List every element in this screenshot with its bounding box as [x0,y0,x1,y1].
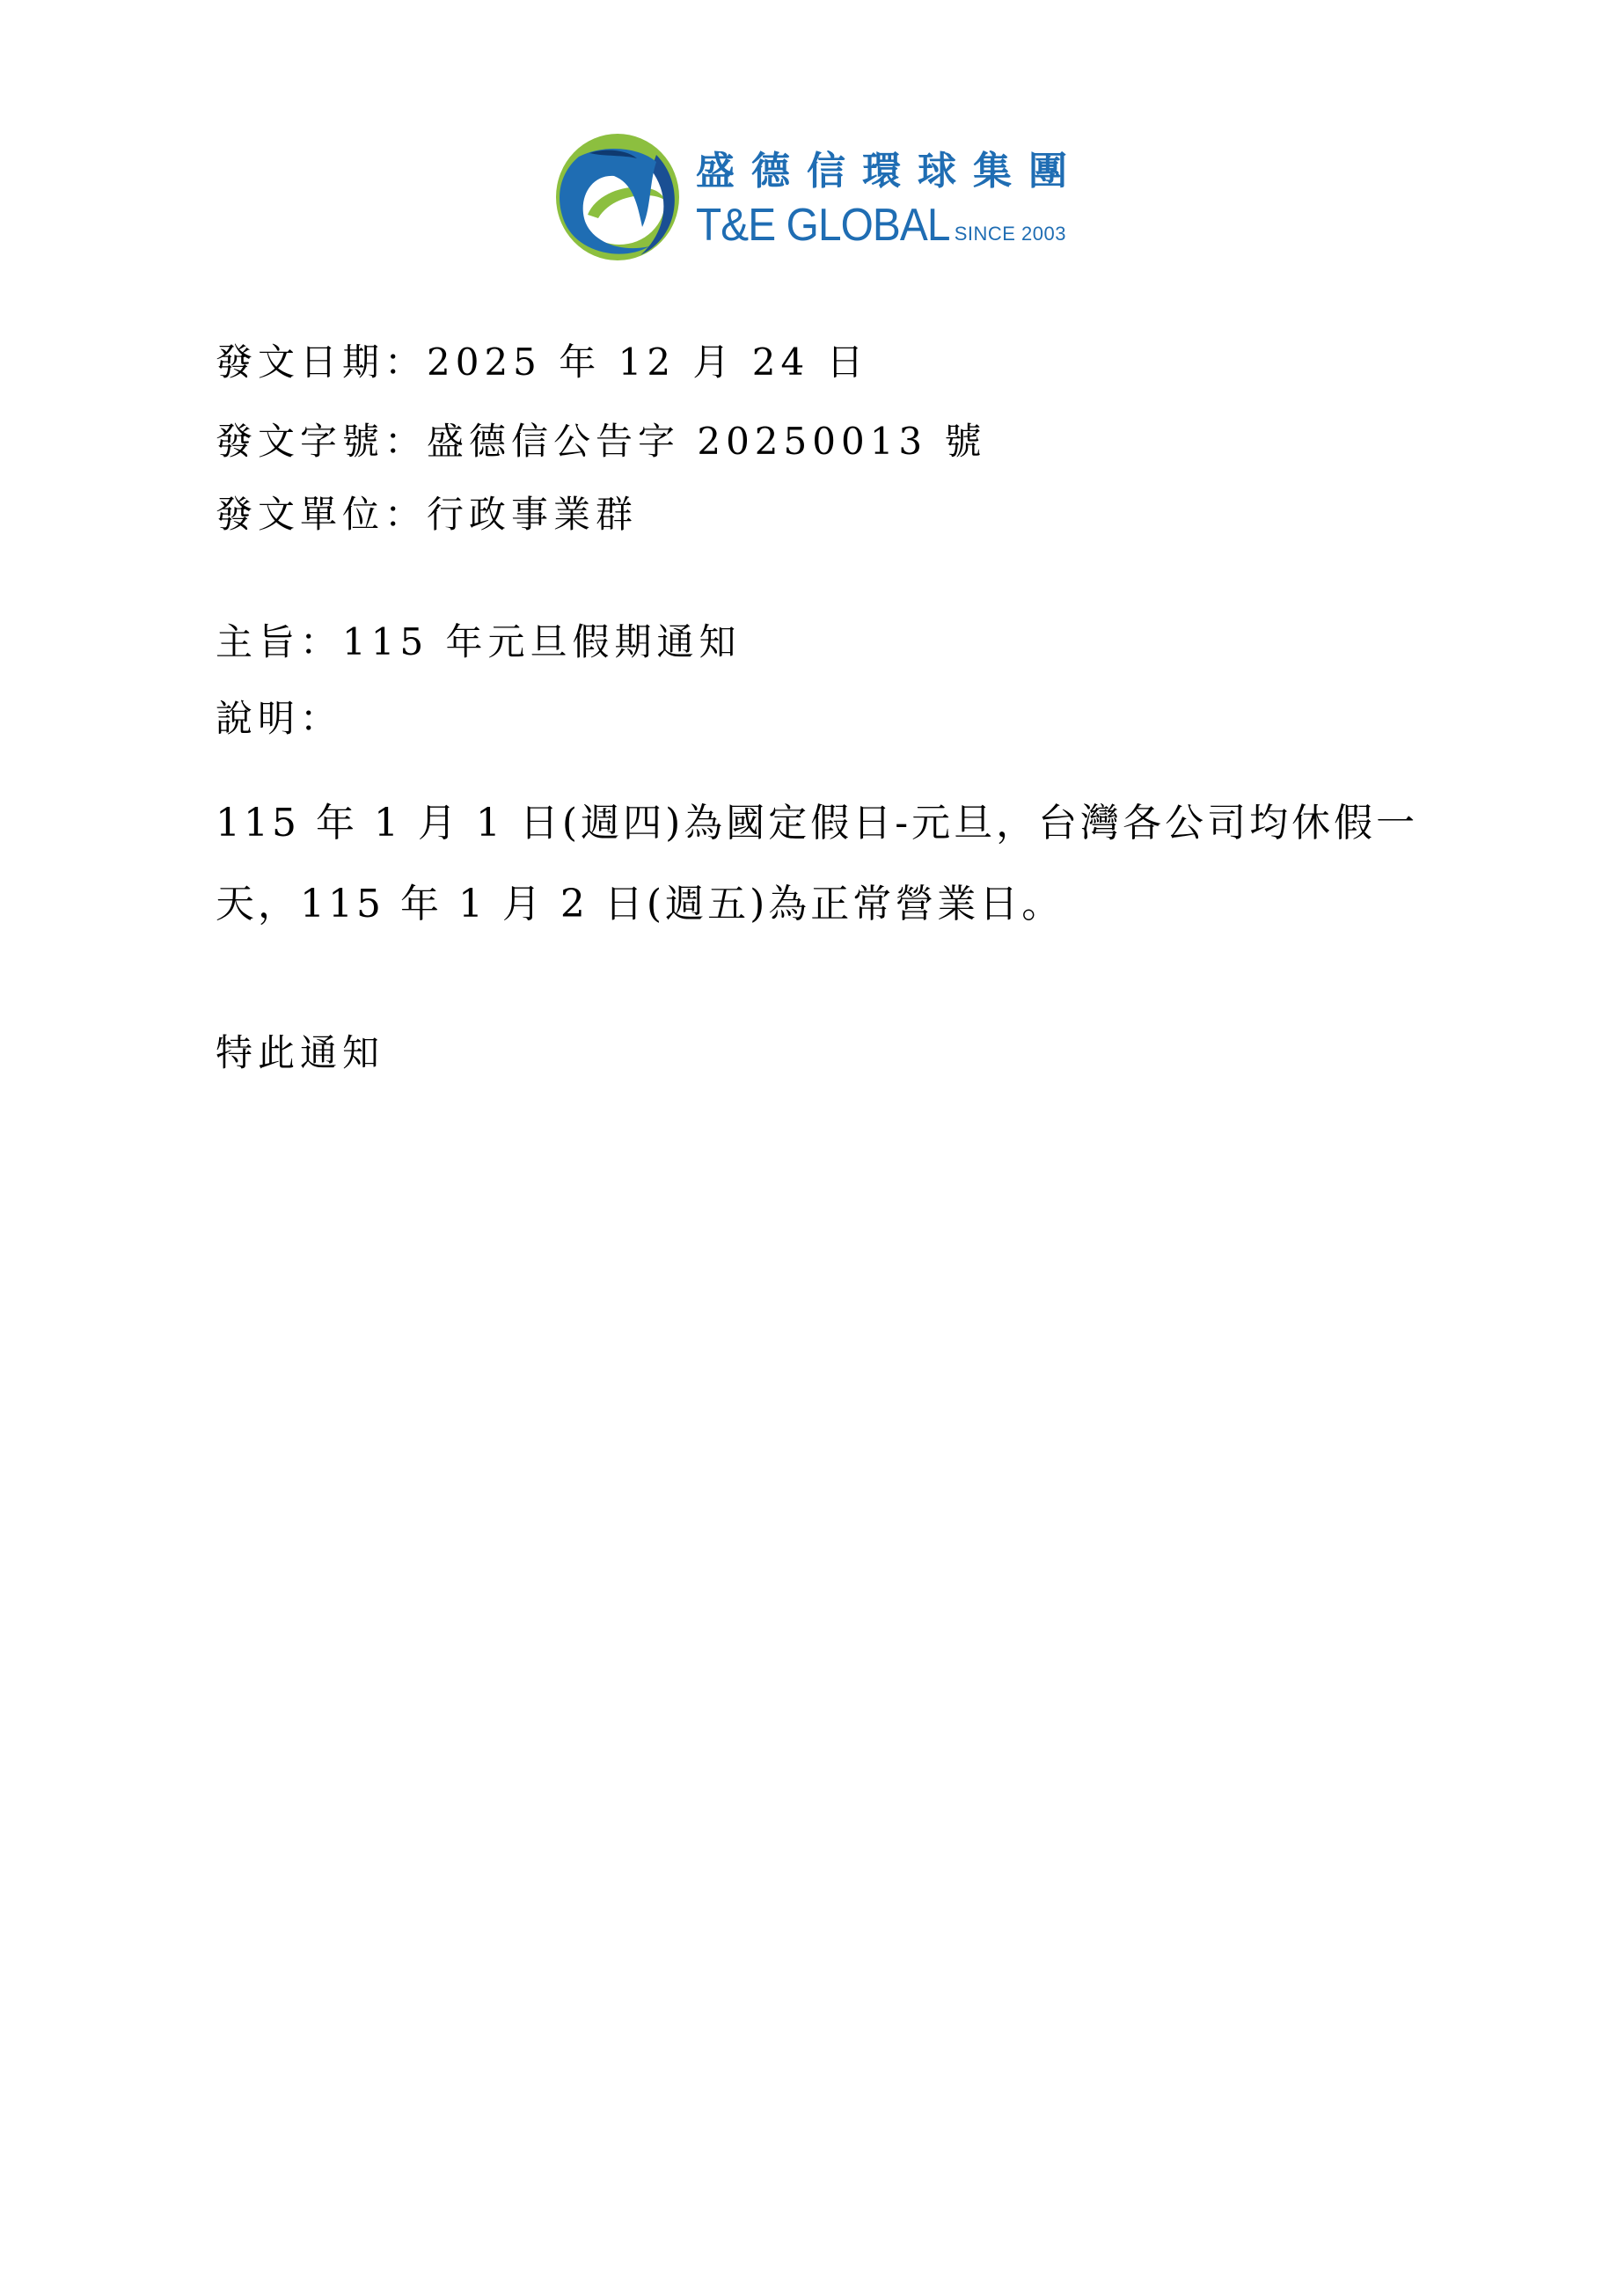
document-page: 盛德信環球集團 T&E GLOBAL SINCE 2003 發文日期：2025 … [0,0,1624,2285]
subject-value: 115 年元旦假期通知 [342,620,742,663]
issuing-unit-label: 發文單位： [216,493,427,536]
description-label: 說明： [216,698,342,740]
reference-number-label: 發文字號： [216,420,427,463]
description-line: 天，115 年 1 月 2 日(週五)為正常營業日。 [216,864,1412,945]
description-line: 115 年 1 月 1 日(週四)為國定假日-元旦，台灣各公司均休假一 [216,783,1412,864]
reference-number-value: 盛德信公告字 20250013 號 [427,420,986,463]
subject-line: 主旨：115 年元旦假期通知 [216,621,742,663]
issue-date-label: 發文日期： [216,341,427,384]
logo-name-en: T&E GLOBAL [696,202,950,248]
issuing-unit-line: 發文單位：行政事業群 [216,494,638,536]
logo-since: SINCE 2003 [955,224,1066,244]
issue-date-value: 2025 年 12 月 24 日 [427,341,869,384]
logo-english-row: T&E GLOBAL SINCE 2003 [696,202,1066,248]
logo-name-zh: 盛德信環球集團 [696,150,1084,194]
closing-text: 特此通知 [216,1032,384,1074]
reference-number-line: 發文字號：盛德信公告字 20250013 號 [216,421,987,463]
company-logo: 盛德信環球集團 T&E GLOBAL SINCE 2003 [552,130,1098,264]
globe-swoosh-emblem-icon [552,130,683,262]
description-body: 115 年 1 月 1 日(週四)為國定假日-元旦，台灣各公司均休假一 天，11… [216,783,1412,945]
issuing-unit-value: 行政事業群 [427,493,638,536]
subject-label: 主旨： [216,620,342,663]
issue-date-line: 發文日期：2025 年 12 月 24 日 [216,341,869,384]
